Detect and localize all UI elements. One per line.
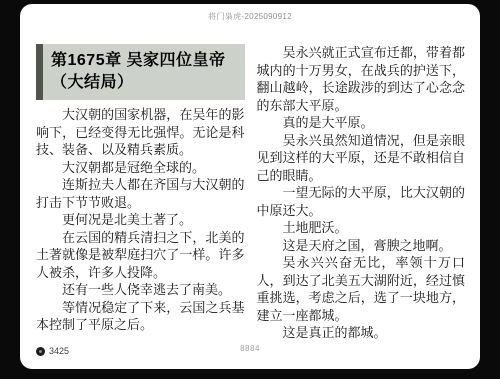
paragraph: 大汉朝都是冠绝全球的。 xyxy=(36,159,245,177)
paragraph: 更何况是北美土著了。 xyxy=(36,211,245,229)
reader-page[interactable]: 将门枭虎-2025090912 第1675章 吴家四位皇帝（大结局） 大汉朝的国… xyxy=(20,4,480,369)
paragraph: 吴永兴兴奋无比，率领十万口人，到达了北美五大湖附近，经过慎重挑选，考虑之后，选了… xyxy=(257,254,466,324)
paragraph: 等情况稳定了下来，云国之兵基本控制了平原之后。 xyxy=(36,299,245,334)
chapter-title: 第1675章 吴家四位皇帝（大结局） xyxy=(36,44,245,100)
right-column: 吴永兴就正式宣布迁都，带着都城内的十万男女，在战兵的护送下，翻山越岭，长途跋涉的… xyxy=(257,44,466,342)
paragraph: 吴永兴虽然知道情况，但是亲眼见到这样的大平原，还是不敢相信自己的眼睛。 xyxy=(257,132,466,185)
book-title-watermark: 将门枭虎-2025090912 xyxy=(20,4,480,24)
page-number: 8884 xyxy=(20,344,480,353)
reader-footer: 3425 8884 xyxy=(20,344,480,356)
two-column-text-area: 第1675章 吴家四位皇帝（大结局） 大汉朝的国家机器，在吴年的影响下，已经变得… xyxy=(20,24,480,342)
paragraph: 还有一些人侥幸逃去了南美。 xyxy=(36,281,245,299)
paragraph: 吴永兴就正式宣布迁都，带着都城内的十万男女，在战兵的护送下，翻山越岭，长途跋涉的… xyxy=(257,44,466,114)
paragraph: 一望无际的大平原，比大汉朝的中原还大。 xyxy=(257,184,466,219)
paragraph: 连斯拉夫人都在齐国与大汉朝的打击下节节败退。 xyxy=(36,176,245,211)
paragraph: 这是天府之国，膏腴之地啊。 xyxy=(257,237,466,255)
paragraph: 真的是大平原。 xyxy=(257,114,466,132)
paragraph: 这是真正的都城。 xyxy=(257,324,466,342)
paragraph: 大汉朝的国家机器，在吴年的影响下，已经变得无比强悍。无论是科技、装备、以及精兵素… xyxy=(36,106,245,159)
paragraph: 在云国的精兵清扫之下，北美的土著就像是被犁庭扫穴了一样。许多人被杀，许多人投降。 xyxy=(36,229,245,282)
paragraph: 土地肥沃。 xyxy=(257,219,466,237)
left-column: 第1675章 吴家四位皇帝（大结局） 大汉朝的国家机器，在吴年的影响下，已经变得… xyxy=(36,44,245,342)
